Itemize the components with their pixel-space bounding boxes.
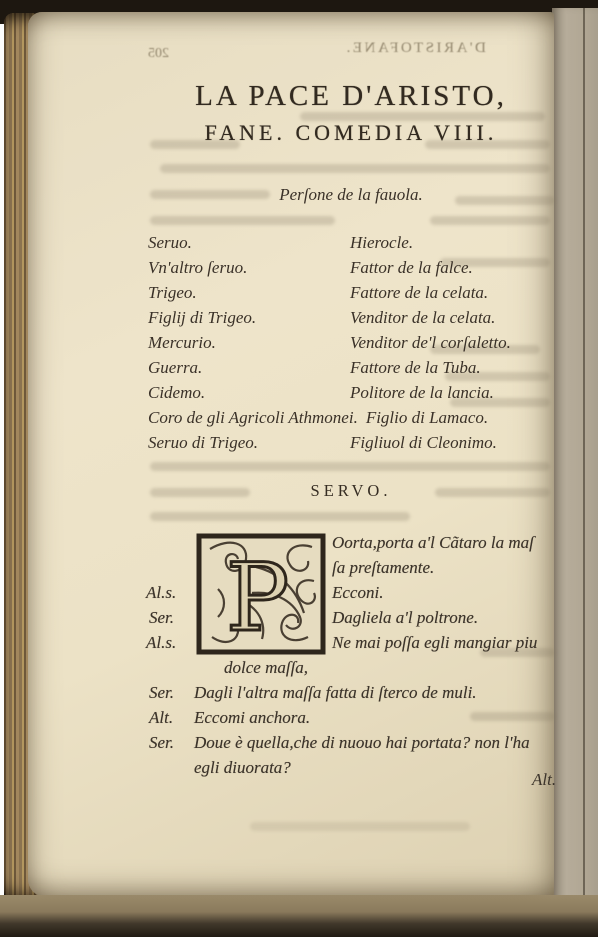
cast-character: Mercurio. bbox=[148, 330, 350, 355]
speaker-label: Ser. bbox=[149, 681, 174, 705]
cast-character: Figliuol di Cleonimo. bbox=[350, 430, 497, 455]
dialogue-line: egli diuorata? bbox=[194, 756, 291, 780]
cast-row: Coro de gli Agricoli Athmonei. Figlio di… bbox=[148, 405, 556, 430]
cast-character: Fattore de la celata. bbox=[350, 280, 488, 305]
book-bottom-edge bbox=[0, 895, 598, 937]
dialogue-line: Ecconi. bbox=[332, 581, 383, 605]
speaker-label: Ser. bbox=[149, 731, 174, 755]
dialogue-line: Oorta,porta a'l Cãtaro la maſ bbox=[332, 531, 534, 555]
dialogue-line: dolce maſſa, bbox=[224, 656, 308, 680]
catchword: Alt. bbox=[532, 770, 556, 790]
cast-row: Figlij di Trigeo. Venditor de la celata. bbox=[148, 305, 556, 330]
svg-text:P: P bbox=[226, 544, 289, 653]
speaker-label: Al.s. bbox=[146, 631, 176, 655]
speaker-label: Al.s. bbox=[146, 581, 176, 605]
cast-character: Seruo di Trigeo. bbox=[148, 430, 350, 455]
cast-character: Cidemo. bbox=[148, 380, 350, 405]
cast-heading: Perſone de la fauola. bbox=[145, 185, 557, 205]
dialogue-line: Dagliela a'l poltrone. bbox=[332, 606, 478, 630]
cast-row: Seruo. Hierocle. bbox=[148, 230, 556, 255]
chapter-title: LA PACE D'ARISTO, FANE. COMEDIA VIII. bbox=[145, 80, 557, 146]
chapter-title-line1: LA PACE D'ARISTO, bbox=[145, 80, 557, 113]
cast-character: Politore de la lancia. bbox=[350, 380, 494, 405]
cast-character: Vn'altro ſeruo. bbox=[148, 255, 350, 280]
cast-row: Cidemo. Politore de la lancia. bbox=[148, 380, 556, 405]
cast-character: Hierocle. bbox=[350, 230, 413, 255]
printed-content: LA PACE D'ARISTO, FANE. COMEDIA VIII. Pe… bbox=[0, 0, 598, 937]
scene-heading: SERVO. bbox=[145, 481, 557, 501]
cast-row: Guerra. Fattore de la Tuba. bbox=[148, 355, 556, 380]
cast-row: Seruo di Trigeo. Figliuol di Cleonimo. bbox=[148, 430, 556, 455]
dialogue-line: Eccomi anchora. bbox=[194, 706, 310, 730]
woodcut-drop-cap: P bbox=[196, 533, 326, 655]
cast-character: Seruo. bbox=[148, 230, 350, 255]
speaker-label: Alt. bbox=[149, 706, 173, 730]
cast-character: Trigeo. bbox=[148, 280, 350, 305]
cast-character: Fattor de la falce. bbox=[350, 255, 473, 280]
cast-character: Guerra. bbox=[148, 355, 350, 380]
dialogue-line: Doue è quella,che di nuouo hai portata? … bbox=[194, 731, 530, 755]
dialogue-line: ſa preſtamente. bbox=[332, 556, 434, 580]
cast-character: Coro de gli Agricoli Athmonei. bbox=[148, 405, 358, 430]
cast-row: Mercurio. Venditor de'l corſaletto. bbox=[148, 330, 556, 355]
cast-row: Trigeo. Fattore de la celata. bbox=[148, 280, 556, 305]
cast-character: Figlio di Lamaco. bbox=[366, 405, 488, 430]
chapter-title-line2: FANE. COMEDIA VIII. bbox=[145, 120, 557, 146]
dialogue-line: Ne mai poſſa egli mangiar piu bbox=[332, 631, 537, 655]
speaker-label: Ser. bbox=[149, 606, 174, 630]
cast-table: Seruo. Hierocle. Vn'altro ſeruo. Fattor … bbox=[148, 230, 556, 455]
cast-character: Fattore de la Tuba. bbox=[350, 355, 481, 380]
cast-character: Venditor de'l corſaletto. bbox=[350, 330, 511, 355]
cast-row: Vn'altro ſeruo. Fattor de la falce. bbox=[148, 255, 556, 280]
dialogue-line: Dagli l'altra maſſa fatta di ſterco de m… bbox=[194, 681, 477, 705]
drop-cap-ornament: P bbox=[196, 533, 326, 655]
cast-character: Venditor de la celata. bbox=[350, 305, 495, 330]
book-photo: 205 D'ARISTOFANE. LA PACE D'ARISTO, FANE… bbox=[0, 0, 598, 937]
cast-character: Figlij di Trigeo. bbox=[148, 305, 350, 330]
